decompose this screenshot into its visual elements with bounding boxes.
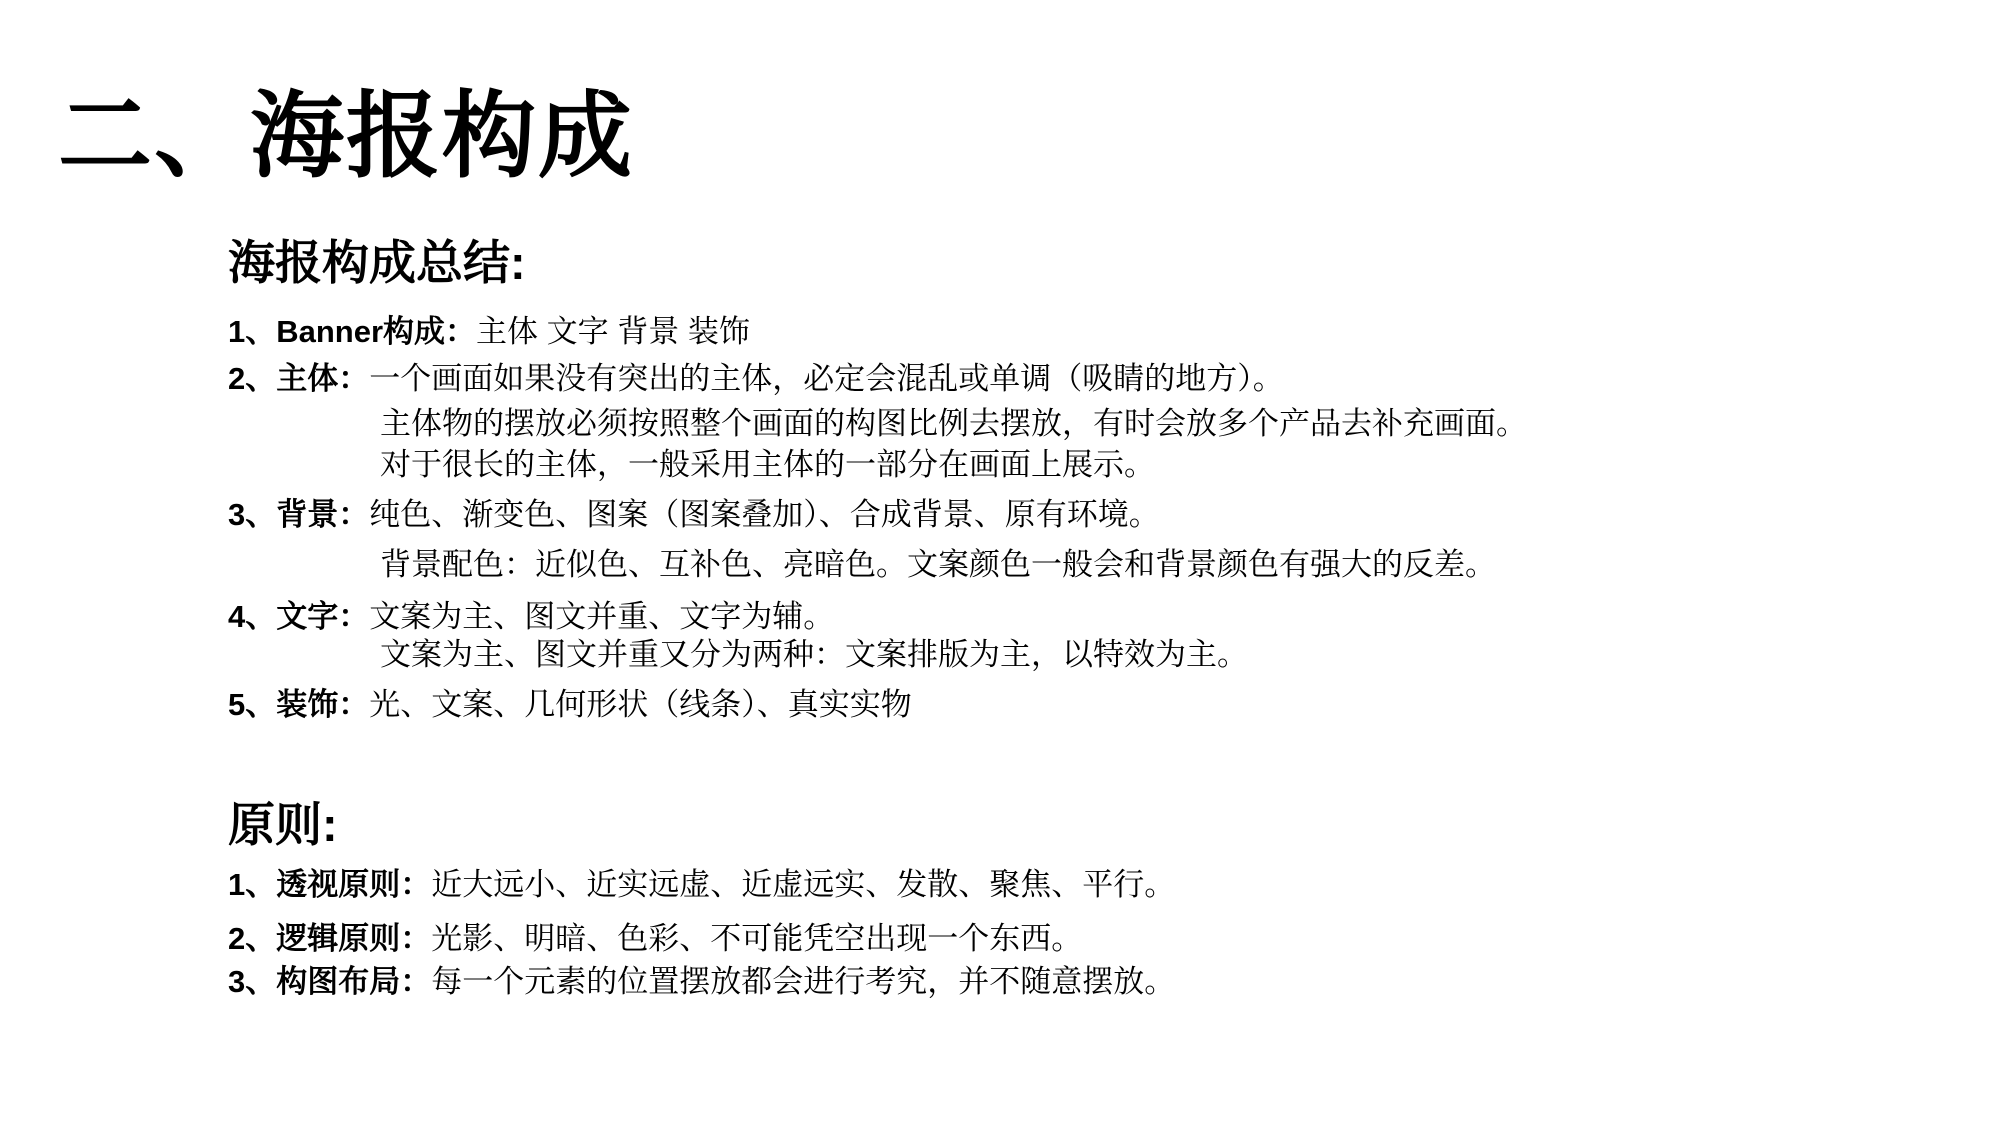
item-text-logic: 光影、明暗、色彩、不可能凭空出现一个东西。 xyxy=(431,921,1082,956)
item-label-decoration: 5、装饰： xyxy=(228,687,369,722)
item-text-banner: 主体 文字 背景 装饰 xyxy=(476,314,750,349)
item-label-background: 3、背景： xyxy=(228,497,369,532)
list-item-logic: 2、逻辑原则：光影、明暗、色彩、不可能凭空出现一个东西。 xyxy=(228,919,1082,959)
list-item-subject: 2、主体：一个画面如果没有突出的主体，必定会混乱或单调（吸睛的地方）。 xyxy=(228,359,1284,399)
presentation-slide: 二、海报构成 海报构成总结: 1、Banner构成：主体 文字 背景 装饰 2、… xyxy=(0,0,2008,1130)
slide-title: 二、海报构成 xyxy=(58,60,634,195)
list-item-perspective: 1、透视原则：近大远小、近实远虚、近虚远实、发散、聚焦、平行。 xyxy=(228,865,1175,905)
item-text-text-1: 文案为主、图文并重、文字为辅。 xyxy=(369,599,834,634)
list-item-background-line2: 背景配色：近似色、互补色、亮暗色。文案颜色一般会和背景颜色有强大的反差。 xyxy=(380,545,1496,585)
item-text-perspective: 近大远小、近实远虚、近虚远实、发散、聚焦、平行。 xyxy=(431,867,1175,902)
list-item-banner: 1、Banner构成：主体 文字 背景 装饰 xyxy=(228,312,750,352)
list-item-composition: 3、构图布局：每一个元素的位置摆放都会进行考究，并不随意摆放。 xyxy=(228,962,1175,1002)
list-item-subject-line2: 主体物的摆放必须按照整个画面的构图比例去摆放，有时会放多个产品去补充画面。 xyxy=(380,404,1527,444)
item-text-composition: 每一个元素的位置摆放都会进行考究，并不随意摆放。 xyxy=(431,964,1175,999)
item-label-perspective: 1、透视原则： xyxy=(228,867,431,902)
list-item-text: 4、文字：文案为主、图文并重、文字为辅。 xyxy=(228,597,834,637)
item-label-text: 4、文字： xyxy=(228,599,369,634)
list-item-text-line2: 文案为主、图文并重又分为两种：文案排版为主，以特效为主。 xyxy=(380,635,1248,675)
item-label-logic: 2、逻辑原则： xyxy=(228,921,431,956)
principles-section-heading: 原则: xyxy=(228,788,338,855)
item-label-banner: 1、Banner构成： xyxy=(228,314,476,349)
item-text-decoration: 光、文案、几何形状（线条）、真实实物 xyxy=(369,687,912,722)
item-text-subject-1: 一个画面如果没有突出的主体，必定会混乱或单调（吸睛的地方）。 xyxy=(369,361,1284,396)
item-text-background-1: 纯色、渐变色、图案（图案叠加）、合成背景、原有环境。 xyxy=(369,497,1160,532)
list-item-subject-line3: 对于很长的主体，一般采用主体的一部分在画面上展示。 xyxy=(380,445,1155,485)
list-item-decoration: 5、装饰：光、文案、几何形状（线条）、真实实物 xyxy=(228,685,912,725)
item-label-subject: 2、主体： xyxy=(228,361,369,396)
list-item-background: 3、背景：纯色、渐变色、图案（图案叠加）、合成背景、原有环境。 xyxy=(228,495,1160,535)
summary-section-heading: 海报构成总结: xyxy=(228,226,526,293)
item-label-composition: 3、构图布局： xyxy=(228,964,431,999)
